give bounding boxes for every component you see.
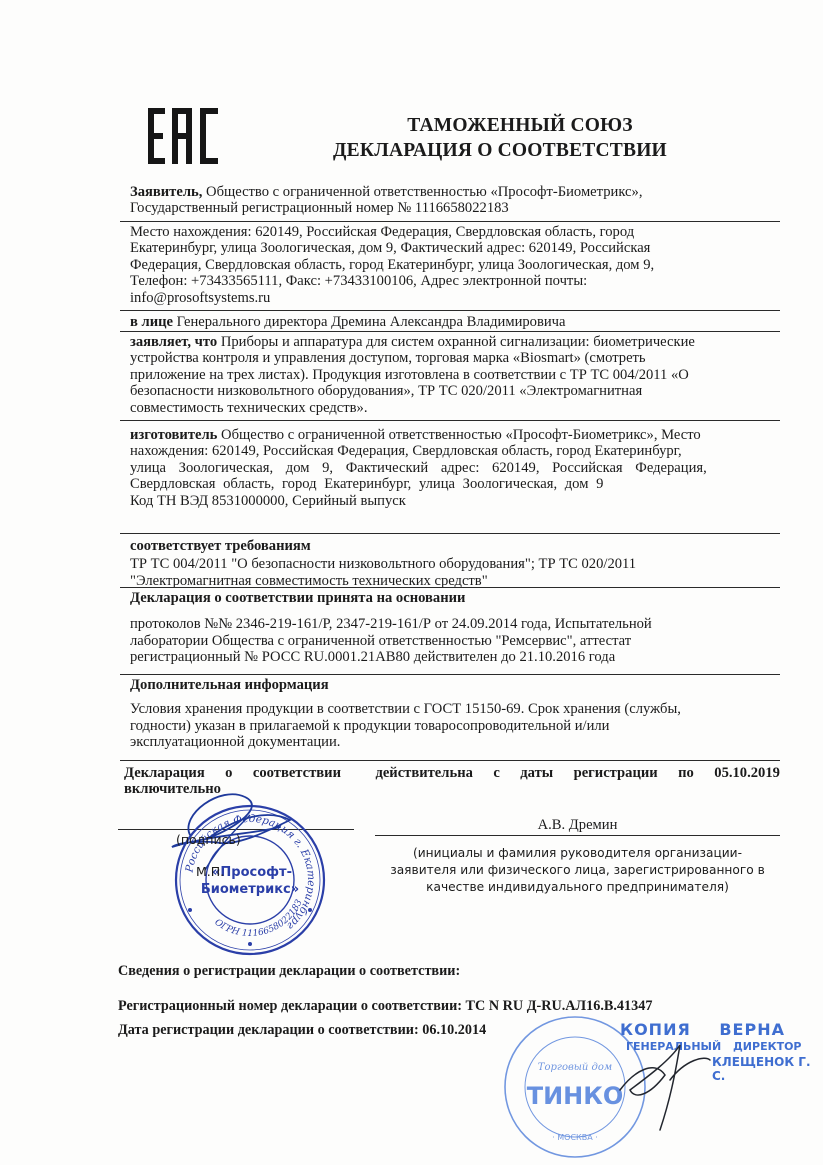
signature-label: (подпись)	[176, 832, 241, 847]
svg-text:· МОСКВА ·: · МОСКВА ·	[552, 1133, 598, 1142]
copy-word: КОПИЯ	[620, 1020, 691, 1039]
director-name: Генерального директора Дремина Александр…	[173, 314, 565, 330]
applicant-name: Общество с ограниченной ответственностью…	[202, 184, 642, 200]
manufacturer-line: нахождения: 620149, Российская Федерация…	[130, 443, 780, 459]
product-description: Приборы и аппаратура для систем охранной…	[217, 334, 695, 350]
general-word: ГЕНЕРАЛЬНЫЙ	[626, 1040, 721, 1053]
manufacturer-line-text: нахождения: 620149, Российская Федерация…	[130, 443, 682, 459]
caption-line: заявителя или физического лица, зарегист…	[375, 862, 780, 879]
additional-line: Условия хранения продукции в соответстви…	[130, 701, 780, 717]
registration-date-line: Дата регистрации декларации о соответств…	[118, 1022, 486, 1039]
address-line: Телефон: +73433565111, Факс: +7343310010…	[130, 273, 780, 289]
validity-word: регистрации	[574, 765, 658, 781]
seal-place-label: М.П.	[196, 864, 224, 879]
certifier-name: КЛЕЩЕНОК Г. С.	[712, 1055, 823, 1083]
signer-caption: (инициалы и фамилия руководителя организ…	[375, 845, 780, 896]
validity-word: с	[493, 765, 499, 781]
additional-line: эксплуатационной документации.	[130, 734, 780, 750]
represented-by: в лице Генерального директора Дремина Ал…	[130, 314, 780, 330]
registration-number-line: Регистрационный номер декларации о соотв…	[118, 998, 652, 1015]
applicant-section: Заявитель, Общество с ограниченной ответ…	[130, 184, 780, 217]
signature-line	[118, 829, 354, 830]
address-line: Федерация, Свердловская область, город Е…	[130, 257, 780, 273]
declares-section: заявляет, что Приборы и аппаратура для с…	[130, 334, 780, 416]
declares-line: безопасности низковольтного оборудования…	[130, 383, 780, 399]
divider	[120, 331, 780, 332]
validity-word: Декларация	[124, 765, 205, 781]
declares-line: совместимость технических средств».	[130, 400, 780, 416]
divider	[120, 310, 780, 311]
name-line	[375, 835, 780, 836]
verified-word: ВЕРНА	[719, 1020, 785, 1039]
address-line: Екатеринбург, улица Зоологическая, дом 9…	[130, 240, 780, 256]
registration-number-label: Регистрационный номер декларации о соотв…	[118, 998, 466, 1014]
represented-by-label: в лице	[130, 314, 173, 330]
applicant-reg-number: Государственный регистрационный номер № …	[130, 200, 780, 216]
divider	[120, 674, 780, 675]
registration-date-label: Дата регистрации декларации о соответств…	[118, 1022, 422, 1038]
title-customs-union: ТАМОЖЕННЫЙ СОЮЗ	[300, 113, 700, 138]
manufacturer-name: Общество с ограниченной ответственностью…	[217, 427, 700, 443]
caption-line: качестве индивидуального предпринимателя…	[375, 879, 780, 896]
complies-section: соответствует требованиям ТР ТС 004/2011…	[130, 538, 780, 589]
complies-label: соответствует требованиям	[130, 538, 780, 554]
basis-section: Декларация о соответствии принята на осн…	[130, 590, 780, 666]
validity-word: даты	[520, 765, 553, 781]
basis-line: протоколов №№ 2346-219-161/Р, 2347-219-1…	[130, 616, 780, 632]
registration-date: 06.10.2014	[422, 1022, 486, 1038]
validity-word: о	[225, 765, 232, 781]
additional-info-section: Дополнительная информация Условия хранен…	[130, 677, 780, 751]
hs-code-line: Код ТН ВЭД 8531000000, Серийный выпуск	[130, 493, 780, 509]
svg-text:ТИНКО: ТИНКО	[527, 1082, 624, 1110]
applicant-address: Место нахождения: 620149, Российская Фед…	[130, 224, 780, 306]
validity-inclusive: включительно	[124, 781, 780, 797]
address-line: Место нахождения: 620149, Российская Фед…	[130, 224, 780, 240]
registration-number: ТС N RU Д-RU.АЛ16.В.41347	[466, 998, 653, 1014]
manufacturer-line: Свердловская область, город Екатеринбург…	[130, 476, 780, 492]
company-seal-icon: Российская Федерация г. Екатеринбург ОГР…	[170, 800, 330, 960]
declares-label: заявляет, что	[130, 334, 217, 350]
basis-label: Декларация о соответствии принята на осн…	[130, 590, 780, 606]
eac-logo	[148, 108, 220, 164]
copy-verified-stamp: КОПИЯ ВЕРНА ГЕНЕРАЛЬНЫЙ ДИРЕКТОР КЛЕЩЕНО…	[620, 1020, 823, 1083]
seal-center-line2: Биометрикс»	[201, 882, 299, 897]
applicant-label: Заявитель,	[130, 184, 202, 200]
additional-info-label: Дополнительная информация	[130, 677, 780, 693]
divider	[120, 587, 780, 588]
svg-text:Торговый дом: Торговый дом	[538, 1062, 612, 1073]
validity-word: по	[678, 765, 694, 781]
caption-line: (инициалы и фамилия руководителя организ…	[375, 845, 780, 862]
validity-statement: Декларация о соответствии действительна …	[124, 765, 780, 798]
svg-text:ОГРН 1116658022183: ОГРН 1116658022183	[212, 898, 304, 939]
divider	[120, 533, 780, 534]
registration-heading: Сведения о регистрации декларации о соот…	[118, 963, 460, 980]
basis-line: регистрационный № РОСС RU.0001.21АВ80 де…	[130, 649, 780, 665]
divider	[120, 221, 780, 222]
basis-line: лаборатории Общества с ограниченной отве…	[130, 633, 780, 649]
validity-date: 05.10.2019	[714, 765, 780, 781]
title-declaration: ДЕКЛАРАЦИЯ О СООТВЕТСТВИИ	[333, 140, 667, 161]
signer-name: А.В. Дремин	[375, 817, 780, 834]
divider	[120, 420, 780, 421]
email-line: info@prosoftsystems.ru	[130, 290, 780, 306]
manufacturer-line: улица Зоологическая, дом 9, Фактический …	[130, 460, 780, 476]
validity-word: действительна	[375, 765, 472, 781]
complies-line: ТР ТС 004/2011 "О безопасности низковоль…	[130, 556, 780, 572]
additional-line: годности) указан в прилагаемой к продукц…	[130, 718, 780, 734]
declares-line: устройства контроля и управления доступо…	[130, 350, 780, 366]
manufacturer-label: изготовитель	[130, 427, 217, 443]
divider	[120, 760, 780, 761]
validity-word: соответствии	[253, 765, 341, 781]
document-title: ТАМОЖЕННЫЙ СОЮЗ ДЕКЛАРАЦИЯ О СООТВЕТСТВИ…	[300, 113, 700, 163]
manufacturer-section: изготовитель Общество с ограниченной отв…	[130, 427, 780, 509]
declares-line: приложение на трех листах). Продукция из…	[130, 367, 780, 383]
director-word: ДИРЕКТОР	[733, 1040, 802, 1053]
